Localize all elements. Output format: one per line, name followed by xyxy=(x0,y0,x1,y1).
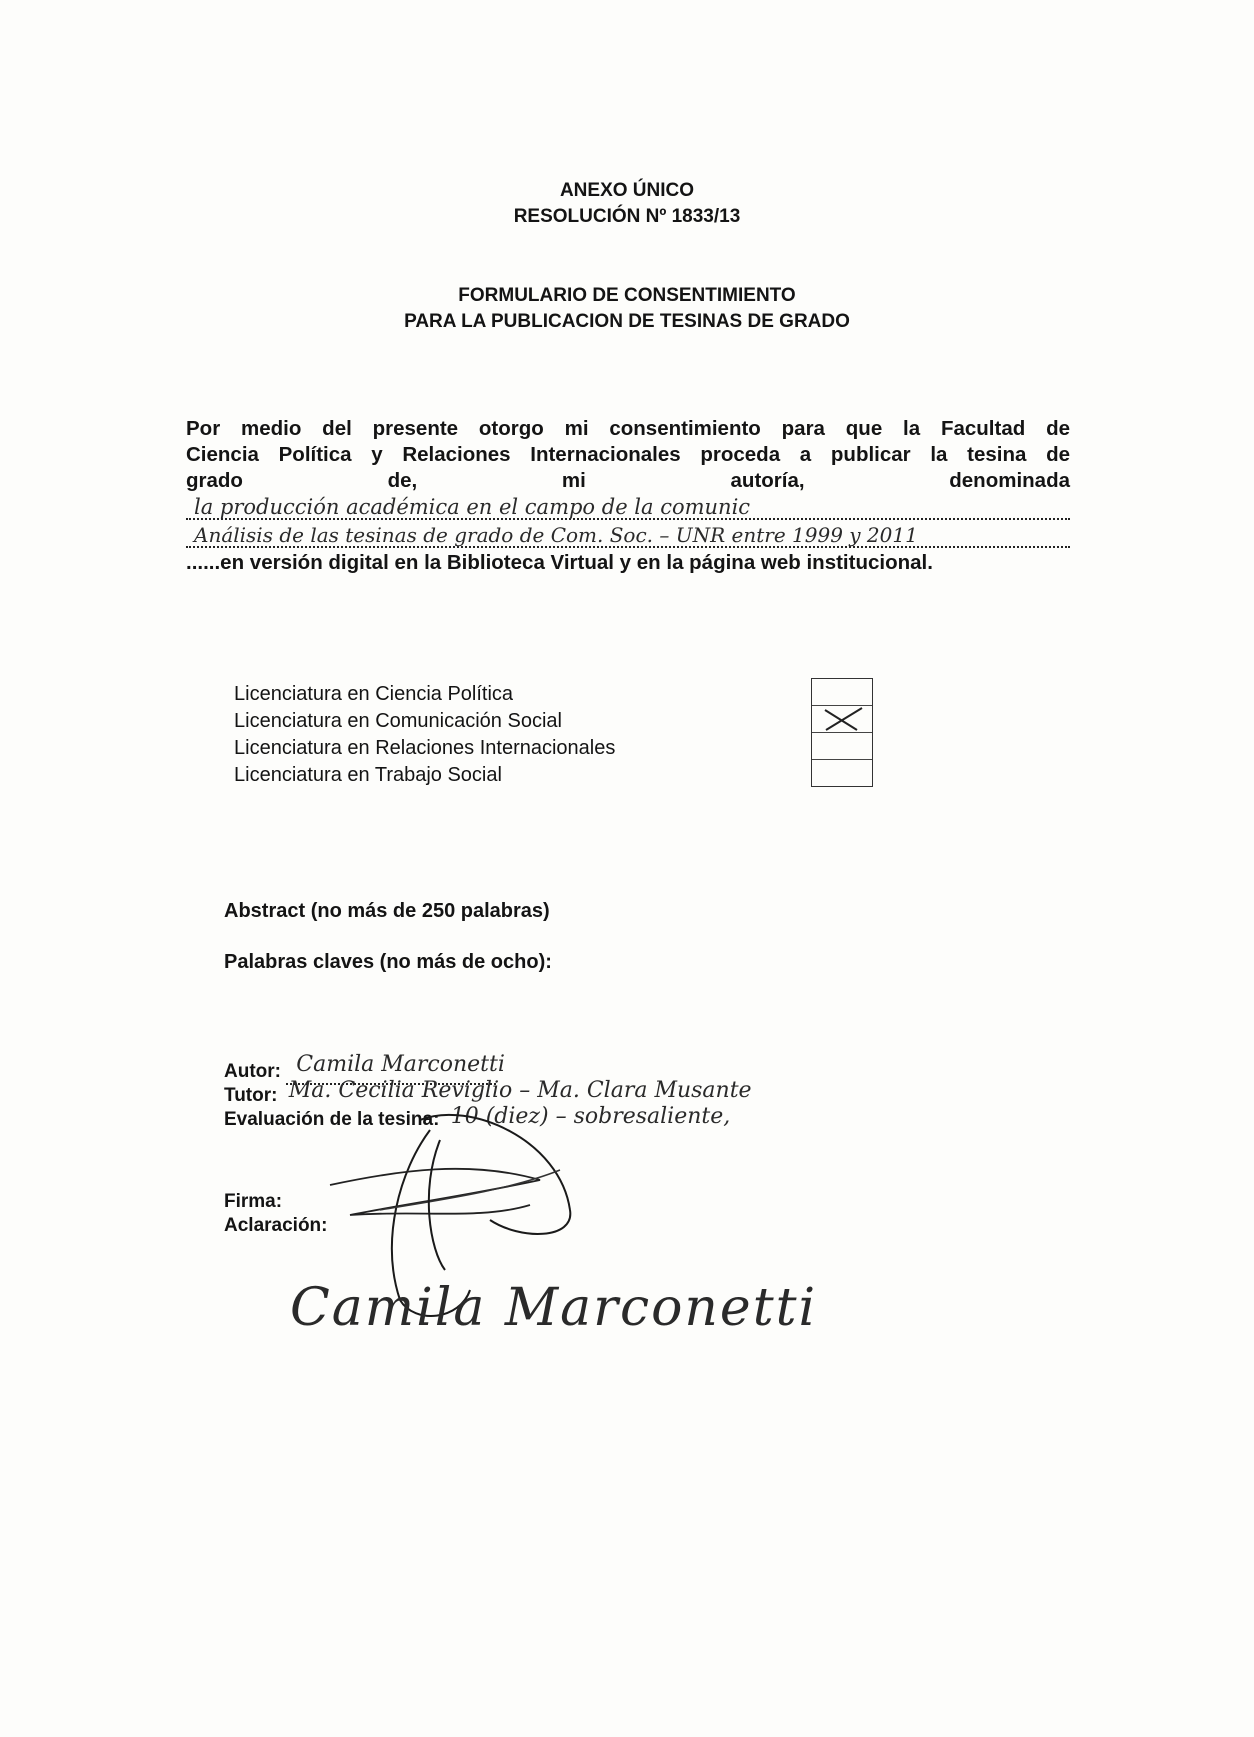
career-list: Licenciatura en Ciencia Política Licenci… xyxy=(234,681,615,789)
thesis-title-field-1[interactable]: la producción académica en el campo de l… xyxy=(186,494,1070,520)
autor-value: Camila Marconetti xyxy=(296,1052,505,1077)
keywords-label: Palabras claves (no más de ocho): xyxy=(224,951,552,974)
tutor-label: Tutor: xyxy=(224,1085,277,1106)
word-autoria: autoría, xyxy=(731,468,805,494)
checkbox-ciencia-politica[interactable] xyxy=(812,679,872,706)
career-ciencia-politica: Licenciatura en Ciencia Política xyxy=(234,681,615,708)
consent-text-1: Por medio del presente otorgo mi consent… xyxy=(186,416,1070,442)
career-comunicacion-social: Licenciatura en Comunicación Social xyxy=(234,708,615,735)
thesis-title-handwritten-2: Análisis de las tesinas de grado de Com.… xyxy=(186,523,918,547)
consent-line-3: grado de, mi autoría, denominada xyxy=(186,468,1070,494)
checkbox-trabajo-social[interactable] xyxy=(812,760,872,786)
abstract-label: Abstract (no más de 250 palabras) xyxy=(224,900,550,923)
autor-label: Autor: xyxy=(224,1061,281,1082)
form-title: FORMULARIO DE CONSENTIMIENTO xyxy=(0,285,1254,307)
checkbox-relaciones-internacionales[interactable] xyxy=(812,733,872,760)
tutor-value: Ma. Cecilia Reviglio – Ma. Clara Musante xyxy=(289,1078,752,1103)
consent-line-1: Por medio del presente otorgo mi consent… xyxy=(186,416,1070,442)
form-subtitle: PARA LA PUBLICACION DE TESINAS DE GRADO xyxy=(0,311,1254,333)
consent-line-2: Ciencia Política y Relaciones Internacio… xyxy=(186,442,1070,468)
consent-closing: ......en versión digital en la Bibliotec… xyxy=(186,550,1070,576)
x-mark-icon xyxy=(812,706,872,732)
annex-title: ANEXO ÚNICO xyxy=(0,180,1254,202)
career-checkbox-group xyxy=(811,678,873,787)
word-de: de, xyxy=(388,468,418,494)
consent-text-2: Ciencia Política y Relaciones Internacio… xyxy=(186,442,1070,468)
career-relaciones-internacionales: Licenciatura en Relaciones Internacional… xyxy=(234,735,615,762)
word-grado: grado xyxy=(186,468,243,494)
aclaracion-value: Camila Marconetti xyxy=(290,1278,817,1338)
thesis-title-field-2[interactable]: Análisis de las tesinas de grado de Com.… xyxy=(186,522,1070,548)
word-denominada: denominada xyxy=(949,468,1070,494)
word-mi: mi xyxy=(562,468,586,494)
thesis-title-handwritten-1: la producción académica en el campo de l… xyxy=(186,495,750,519)
checkbox-comunicacion-social[interactable] xyxy=(812,706,872,733)
career-trabajo-social: Licenciatura en Trabajo Social xyxy=(234,762,615,789)
aclaracion-label: Aclaración: xyxy=(224,1214,327,1237)
resolution-number: RESOLUCIÓN Nº 1833/13 xyxy=(0,206,1254,228)
firma-label: Firma: xyxy=(224,1190,282,1213)
